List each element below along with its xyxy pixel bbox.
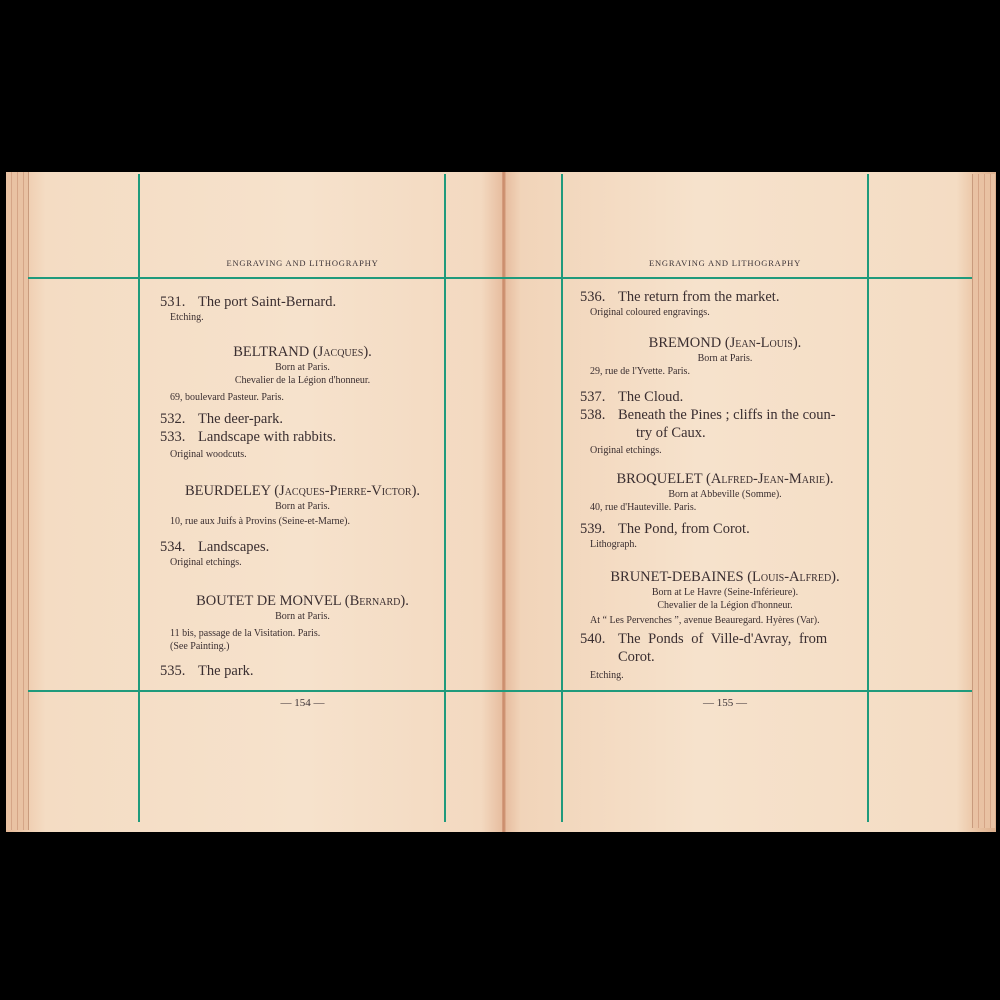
artist-address: 10, rue aux Juifs à Provins (Seine-et-Ma… — [160, 515, 445, 528]
entry-534: 534.Landscapes. Original etchings. — [160, 538, 440, 569]
artist-honour: Chevalier de la Légion d'honneur. — [580, 599, 870, 612]
artist-beltrand: BELTRAND (Jacques). Born at Paris. Cheva… — [160, 343, 445, 404]
entries-537-538: 537.The Cloud. 538.Beneath the Pines ; c… — [580, 388, 865, 457]
entry-number: 536. — [580, 288, 618, 306]
entry-539: 539.The Pond, from Corot. Lithograph. — [580, 520, 865, 551]
entry-number: 533. — [160, 428, 198, 446]
entry-note: Etching. — [160, 311, 440, 324]
entry-note: Original etchings. — [160, 556, 440, 569]
artist-given-names: (Jean-Louis). — [725, 335, 802, 351]
artist-born: Born at Paris. — [160, 361, 445, 374]
entries-532-533: 532.The deer-park. 533.Landscape with ra… — [160, 410, 440, 461]
entry-note: Lithograph. — [580, 538, 865, 551]
artist-born: Born at Paris. — [160, 500, 445, 513]
right-page-number: — 155 — — [580, 697, 870, 709]
entry-number: 532. — [160, 410, 198, 428]
entry-number: 535. — [160, 662, 198, 680]
artist-given-names: (Jacques-Pierre-Victor). — [274, 483, 420, 499]
artist-address: 29, rue de l'Yvette. Paris. — [580, 365, 870, 378]
entry-title-continued: try of Caux. — [618, 424, 865, 442]
artist-name: BOUTET DE MONVEL — [196, 593, 341, 609]
entry-note: Etching. — [580, 669, 865, 682]
entry-note: Original woodcuts. — [160, 448, 440, 461]
entry-title: The Ponds of Ville-d'Avray, from — [618, 630, 865, 648]
artist-born: Born at Abbeville (Somme). — [580, 488, 870, 501]
artist-name: BREMOND — [649, 335, 722, 351]
guide-line-h-bottom — [28, 690, 972, 692]
artist-name: BRUNET-DEBAINES — [610, 569, 743, 585]
artist-given-names: (Alfred-Jean-Marie). — [706, 471, 834, 487]
artist-given-names: (Louis-Alfred). — [747, 569, 839, 585]
entry-number: 531. — [160, 293, 198, 311]
artist-bremond: BREMOND (Jean-Louis). Born at Paris. 29,… — [580, 334, 870, 378]
artist-born: Born at Paris. — [160, 610, 445, 623]
artist-boutet-de-monvel: BOUTET DE MONVEL (Bernard). Born at Pari… — [160, 592, 445, 653]
entry-531: 531.The port Saint-Bernard. Etching. — [160, 293, 440, 324]
artist-address: At “ Les Pervenches ”, avenue Beauregard… — [580, 614, 870, 627]
artist-brunet-debaines: BRUNET-DEBAINES (Louis-Alfred). Born at … — [580, 568, 870, 627]
entry-title: The deer-park. — [198, 410, 440, 428]
left-running-head: ENGRAVING AND LITHOGRAPHY — [160, 258, 445, 268]
artist-given-names: (Jacques). — [313, 344, 372, 360]
entry-535: 535.The park. — [160, 662, 440, 680]
guide-line-v3 — [561, 174, 563, 822]
entry-number: 537. — [580, 388, 618, 406]
entry-number: 538. — [580, 406, 618, 424]
entry-number: 534. — [160, 538, 198, 556]
right-page-edges — [972, 174, 995, 828]
artist-given-names: (Bernard). — [345, 593, 409, 609]
artist-name: BROQUELET — [616, 471, 702, 487]
entry-number: 539. — [580, 520, 618, 538]
entry-title: The port Saint-Bernard. — [198, 293, 440, 311]
artist-address: 69, boulevard Pasteur. Paris. — [160, 391, 445, 404]
left-page-edges — [6, 172, 29, 830]
entry-note: Original etchings. — [580, 444, 865, 457]
entry-title: Landscapes. — [198, 538, 440, 556]
entry-540: 540.The Ponds of Ville-d'Avray, from Cor… — [580, 630, 865, 682]
entry-title: The Cloud. — [618, 388, 865, 406]
artist-honour: Chevalier de la Légion d'honneur. — [160, 374, 445, 387]
guide-line-v1 — [138, 174, 140, 822]
artist-address: 40, rue d'Hauteville. Paris. — [580, 501, 870, 514]
artist-born: Born at Paris. — [580, 352, 870, 365]
entry-title: Beneath the Pines ; cliffs in the coun- — [618, 406, 865, 424]
entry-536: 536.The return from the market. Original… — [580, 288, 865, 319]
artist-broquelet: BROQUELET (Alfred-Jean-Marie). Born at A… — [580, 470, 870, 514]
right-running-head: ENGRAVING AND LITHOGRAPHY — [580, 258, 870, 268]
entry-title: Landscape with rabbits. — [198, 428, 440, 446]
artist-see-also: (See Painting.) — [160, 640, 445, 653]
entry-note: Original coloured engravings. — [580, 306, 865, 319]
artist-address: 11 bis, passage de la Visitation. Paris. — [160, 627, 445, 640]
artist-name: BELTRAND — [233, 344, 309, 360]
entry-title-continued: Corot. — [618, 648, 865, 666]
entry-title: The Pond, from Corot. — [618, 520, 865, 538]
left-page-number: — 154 — — [160, 697, 445, 709]
artist-born: Born at Le Havre (Seine-Inférieure). — [580, 586, 870, 599]
book-gutter — [502, 172, 506, 832]
entry-title: The return from the market. — [618, 288, 865, 306]
artist-beurdeley: BEURDELEY (Jacques-Pierre-Victor). Born … — [160, 482, 445, 528]
entry-title: The park. — [198, 662, 440, 680]
entry-number: 540. — [580, 630, 618, 648]
artist-name: BEURDELEY — [185, 483, 271, 499]
guide-line-h-top — [28, 277, 972, 279]
